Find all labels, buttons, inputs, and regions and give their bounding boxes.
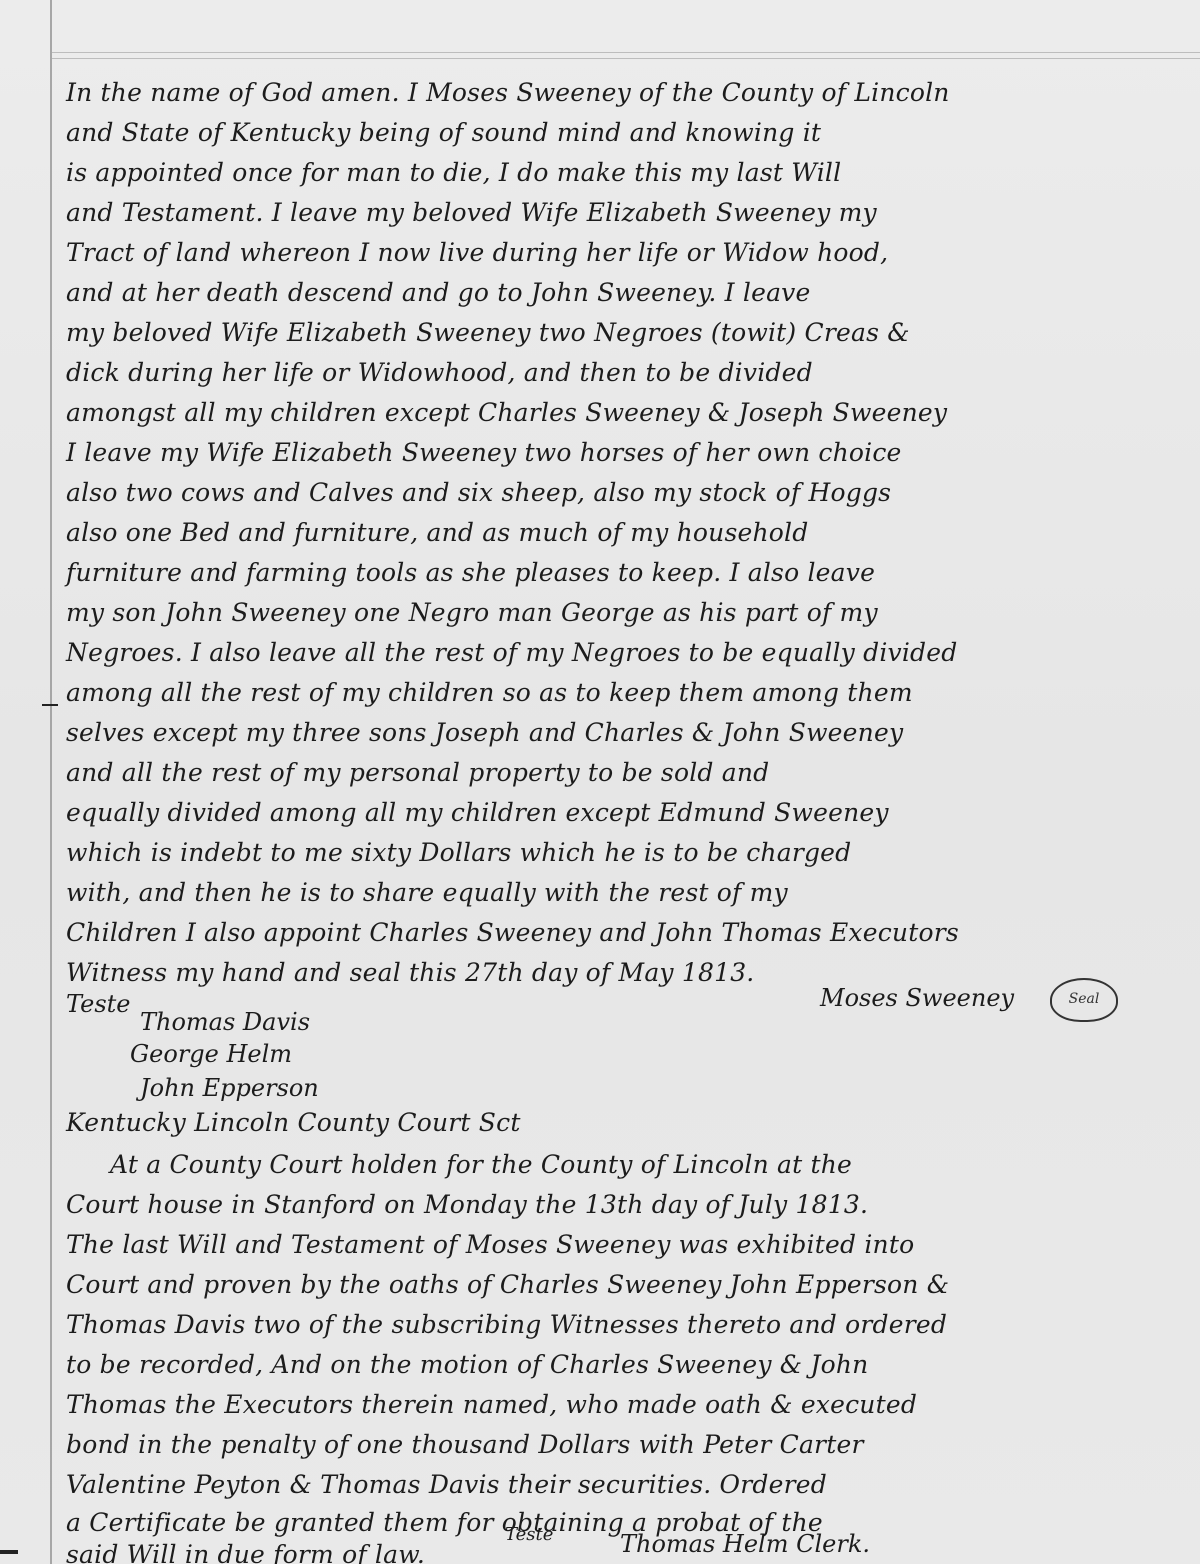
will-line: Tract of land whereon I now live during … (66, 238, 1160, 267)
will-dating-line: Witness my hand and seal this 27th day o… (66, 958, 1160, 987)
will-line: In the name of God amen. I Moses Sweeney… (66, 78, 1160, 107)
bottom-margin-mark (0, 1550, 18, 1554)
witness-signature: George Helm (130, 1040, 292, 1068)
will-line: and State of Kentucky being of sound min… (66, 118, 1160, 147)
probate-line: The last Will and Testament of Moses Swe… (66, 1230, 1160, 1259)
will-line: I leave my Wife Elizabeth Sweeney two ho… (66, 438, 1160, 467)
will-line: Children I also appoint Charles Sweeney … (66, 918, 1160, 947)
will-line: furniture and farming tools as she pleas… (66, 558, 1160, 587)
will-line: also two cows and Calves and six sheep, … (66, 478, 1160, 507)
teste-label: Teste (66, 990, 131, 1018)
seal-icon: Seal (1050, 978, 1118, 1022)
document-page: In the name of God amen. I Moses Sweeney… (0, 0, 1200, 1564)
margin-tick-mark (42, 704, 58, 706)
probate-line: Thomas Davis two of the subscribing Witn… (66, 1310, 1160, 1339)
will-line: is appointed once for man to die, I do m… (66, 158, 1160, 187)
will-line: also one Bed and furniture, and as much … (66, 518, 1160, 547)
clerk-signature: Thomas Helm Clerk. (620, 1530, 870, 1558)
will-line: which is indebt to me sixty Dollars whic… (66, 838, 1160, 867)
top-rule-line (52, 52, 1200, 53)
court-heading: Kentucky Lincoln County Court Sct (66, 1108, 1160, 1137)
probate-line: Court and proven by the oaths of Charles… (66, 1270, 1160, 1299)
will-line: Negroes. I also leave all the rest of my… (66, 638, 1160, 667)
will-line: my son John Sweeney one Negro man George… (66, 598, 1160, 627)
probate-line: bond in the penalty of one thousand Doll… (66, 1430, 1160, 1459)
will-line: dick during her life or Widowhood, and t… (66, 358, 1160, 387)
clerk-teste-label: Teste (505, 1524, 553, 1545)
probate-line: to be recorded, And on the motion of Cha… (66, 1350, 1160, 1379)
will-line: among all the rest of my children so as … (66, 678, 1160, 707)
will-line: and at her death descend and go to John … (66, 278, 1160, 307)
witness-signature: John Epperson (140, 1074, 319, 1102)
left-margin-rule (50, 0, 52, 1564)
probate-line: a Certificate be granted them for obtain… (66, 1508, 1160, 1537)
will-line: amongst all my children except Charles S… (66, 398, 1160, 427)
will-line: and Testament. I leave my beloved Wife E… (66, 198, 1160, 227)
probate-line: said Will in due form of law. (66, 1540, 1160, 1564)
probate-line: Court house in Stanford on Monday the 13… (66, 1190, 1160, 1219)
top-rule-line-2 (52, 58, 1200, 59)
will-line: my beloved Wife Elizabeth Sweeney two Ne… (66, 318, 1160, 347)
witness-signature: Thomas Davis (140, 1008, 310, 1036)
will-line: equally divided among all my children ex… (66, 798, 1160, 827)
probate-line: At a County Court holden for the County … (110, 1150, 1160, 1179)
will-line: and all the rest of my personal property… (66, 758, 1160, 787)
testator-signature: Moses Sweeney (820, 984, 1014, 1012)
will-line: with, and then he is to share equally wi… (66, 878, 1160, 907)
will-line: selves except my three sons Joseph and C… (66, 718, 1160, 747)
probate-line: Thomas the Executors therein named, who … (66, 1390, 1160, 1419)
probate-line: Valentine Peyton & Thomas Davis their se… (66, 1470, 1160, 1499)
